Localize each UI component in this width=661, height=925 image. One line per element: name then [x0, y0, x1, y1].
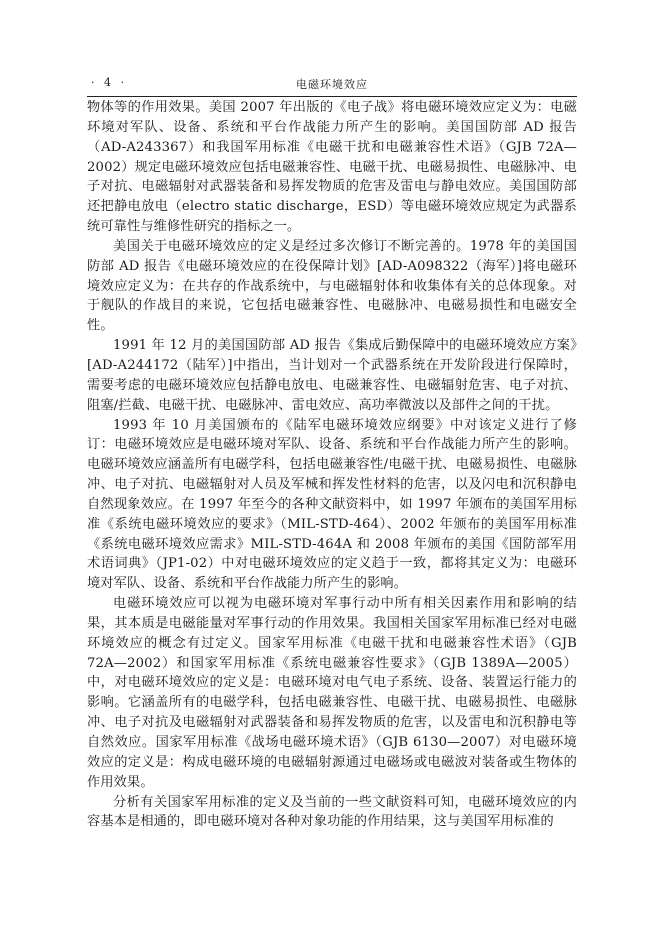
running-header: · 4 · 电磁环境效应	[87, 74, 577, 97]
paragraph: 1991 年 12 月的美国国防部 AD 报告《集成后勤保障中的电磁环境效应方案…	[87, 336, 577, 415]
paragraph: 分析有关国家军用标准的定义及当前的一些文献资料可知，电磁环境效应的内容基本是相通…	[87, 793, 577, 833]
paragraph: 美国关于电磁环境效应的定义是经过多次修订不断完善的。1978 年的美国国防部 A…	[87, 237, 577, 336]
body-text: 物体等的作用效果。美国 2007 年出版的《电子战》将电磁环境效应定义为：电磁环…	[87, 98, 577, 832]
running-title: 电磁环境效应	[87, 76, 577, 92]
paragraph: 电磁环境效应可以视为电磁环境对军事行动中所有相关因素作用和影响的结果，其本质是电…	[87, 594, 577, 792]
paragraph: 物体等的作用效果。美国 2007 年出版的《电子战》将电磁环境效应定义为：电磁环…	[87, 98, 577, 237]
paragraph: 1993 年 10 月美国颁布的《陆军电磁环境效应纲要》中对该定义进行了修订：电…	[87, 416, 577, 595]
